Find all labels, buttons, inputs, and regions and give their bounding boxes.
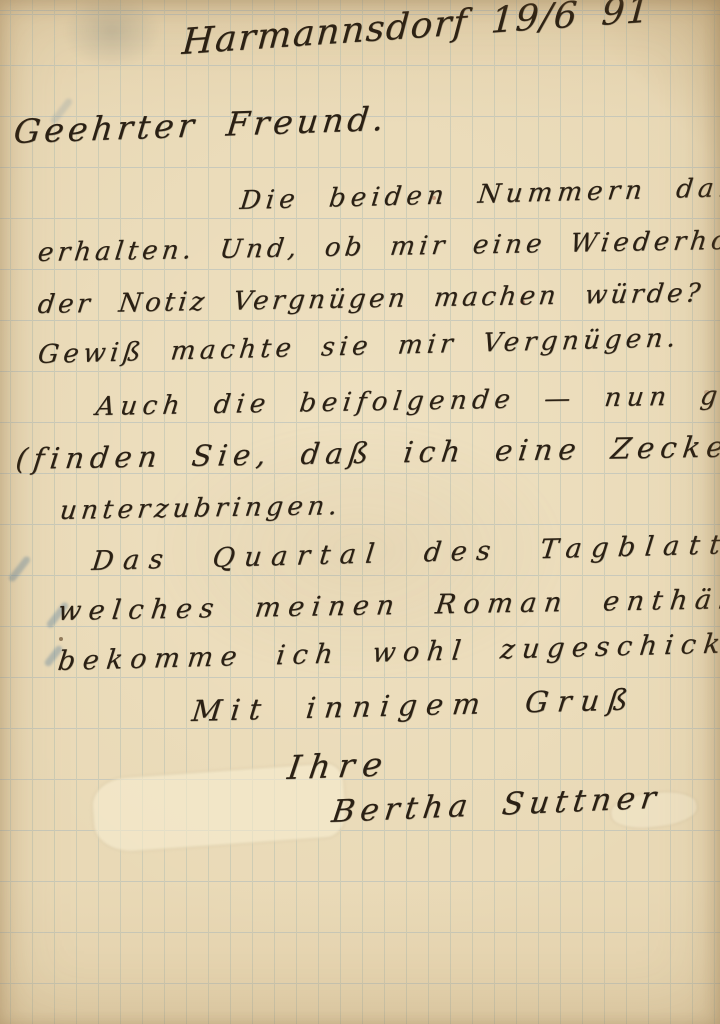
valediction: Ihre [285,744,393,787]
ink-speck [59,637,63,641]
letter-page: Harmannsdorf 19/6 91 Geehrter Freund. Di… [0,0,720,1024]
body-line: unterzubringen. [58,491,343,526]
